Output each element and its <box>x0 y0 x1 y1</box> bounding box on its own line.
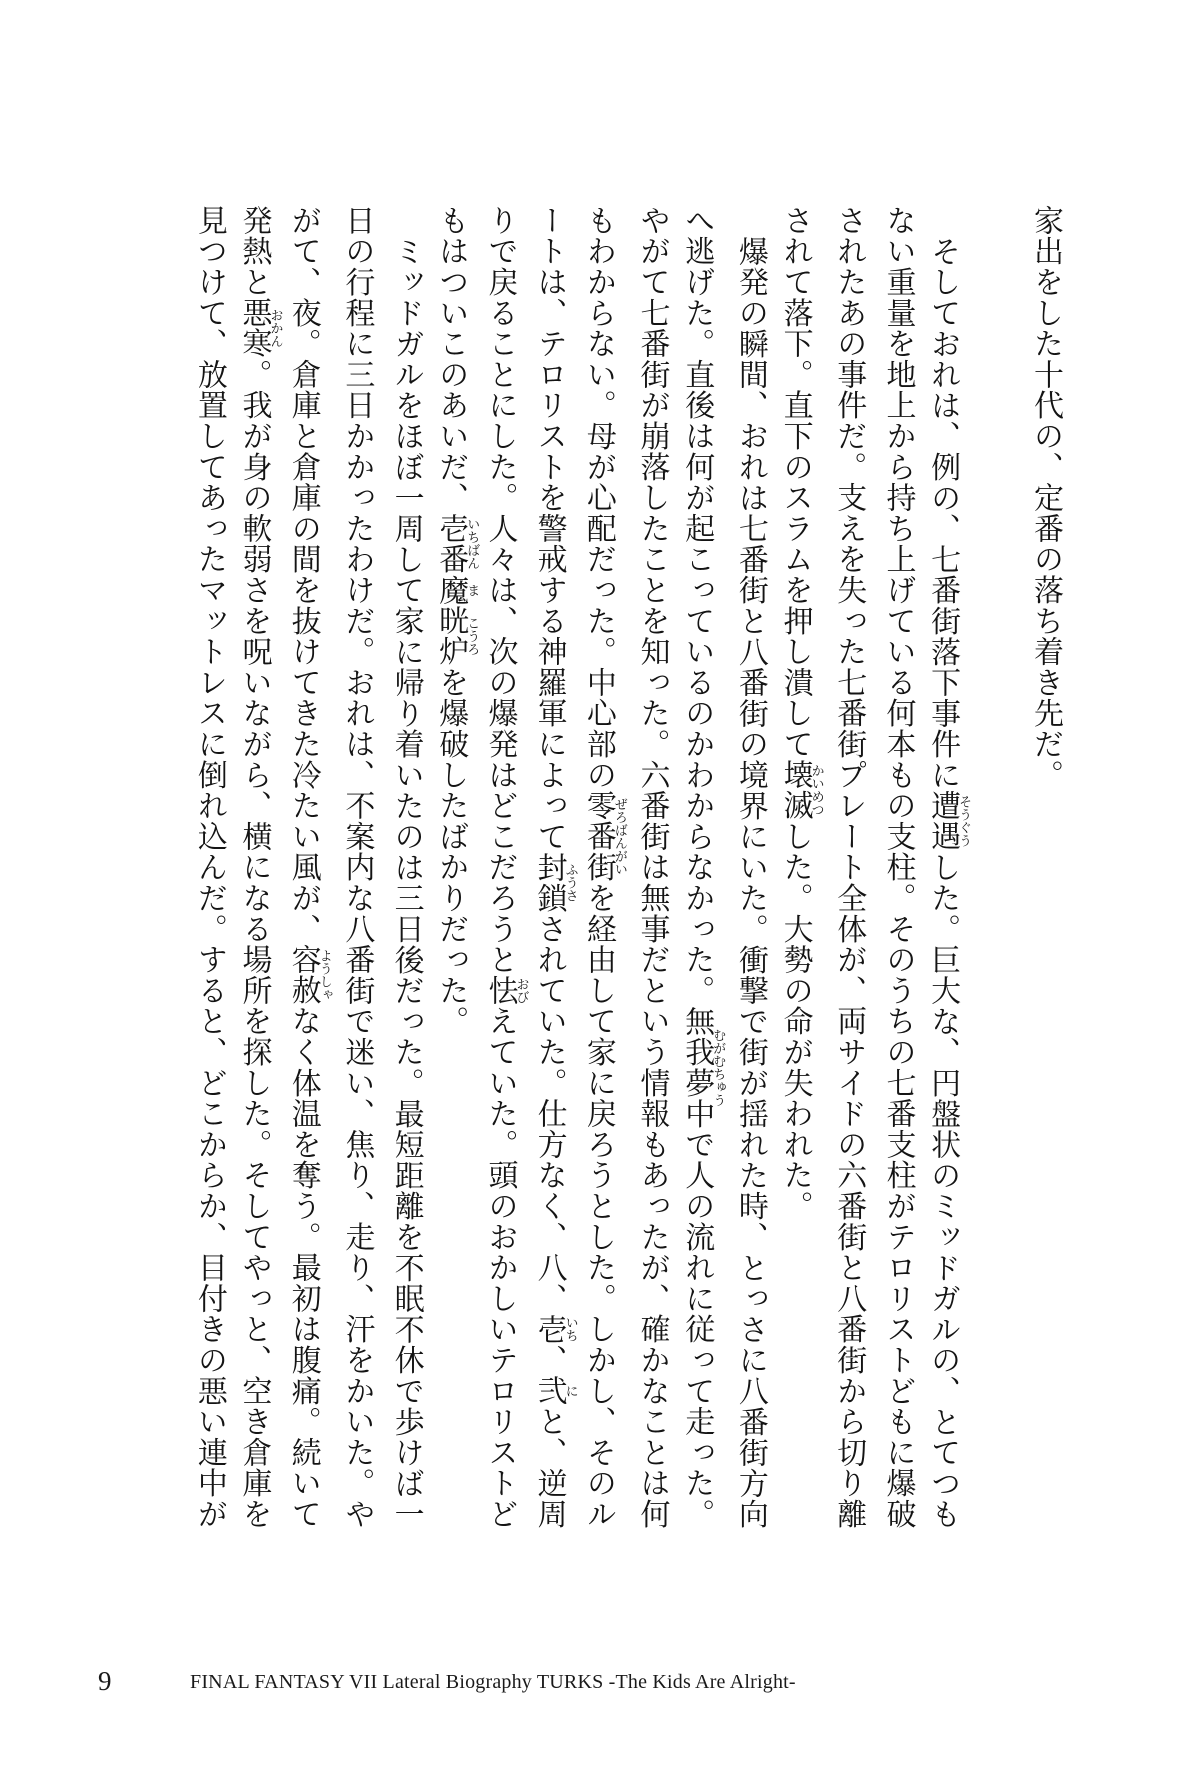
text-column-14: ミッドガルをほぼ一周して家に帰り着いたのは三日後だった。最短距離を不眠不休で歩け… <box>381 205 430 1530</box>
text-column-12: りで戻ることにした。人々は、次の爆発はどこだろうと怯おびえていた。頭のおかしいテ… <box>480 205 529 1529</box>
text-column-16: がて、夜。倉庫と倉庫の間を抜けてきた冷たい風が、容赦ようしゃなく体温を奪う。最初… <box>283 205 332 1529</box>
text-column-15: 日の行程に三日かかったわけだ。おれは、不案内な八番街で迷い、焦り、走り、汗をかい… <box>332 205 381 1529</box>
text-column-17: 発熱と悪寒おかん。我が身の軟弱さを呪いながら、横になる場所を探した。そしてやっと… <box>234 205 283 1529</box>
text-column-9: やがて七番街が崩落したことを知った。六番街は無事だという情報もあったが、確かなこ… <box>627 205 676 1529</box>
page-number: 9 <box>98 1666 112 1697</box>
text-column-13: もはついこのあいだ、壱番いちばん魔ま晄炉こうろを爆破したばかりだった。 <box>431 205 480 1037</box>
text-column-6: されて落下。直下のスラムを押し潰して壊滅かいめつした。大勢の命が失われた。 <box>775 205 824 1221</box>
text-column-11: ートは、テロリストを警戒する神羅軍によって封鎖ふうさされていた。仕方なく、八、壱… <box>529 205 578 1529</box>
text-column-4: ない重量を地上から持ち上げている何本もの支柱。そのうちの七番支柱がテロリストども… <box>873 205 922 1529</box>
running-footer-book-title: FINAL FANTASY VII Lateral Biography TURK… <box>190 1671 796 1694</box>
page-footer: 9 FINAL FANTASY VII Lateral Biography TU… <box>0 1662 1200 1702</box>
text-block: 家出をした十代の、定番の落ち着き先だ。そしておれは、例の、七番街落下事件に遭遇そ… <box>184 205 1070 1535</box>
text-column-5: されたあの事件だ。支えを失った七番街プレート全体が、両サイドの六番街と八番街から… <box>824 205 873 1529</box>
text-column-18: 見つけて、放置してあったマットレスに倒れ込んだ。すると、どこからか、目付きの悪い… <box>185 205 234 1529</box>
text-column-10: もわからない。母が心配だった。中心部の零番街ぜろばんがいを経由して家に戻ろうとし… <box>578 205 627 1529</box>
text-column-1: 家出をした十代の、定番の落ち着き先だ。 <box>1021 205 1070 790</box>
text-column-8: へ逃げた。直後は何が起こっているのかわからなかった。無我夢中むがむちゅうで人の流… <box>677 205 726 1529</box>
column-gap <box>972 205 1021 215</box>
book-page: 家出をした十代の、定番の落ち着き先だ。そしておれは、例の、七番街落下事件に遭遇そ… <box>0 0 1200 1776</box>
text-column-7: 爆発の瞬間、おれは七番街と八番街の境界にいた。衝撃で街が揺れた時、とっさに八番街… <box>726 205 775 1530</box>
text-column-3: そしておれは、例の、七番街落下事件に遭遇そうぐうした。巨大な、円盤状のミッドガル… <box>922 205 971 1530</box>
